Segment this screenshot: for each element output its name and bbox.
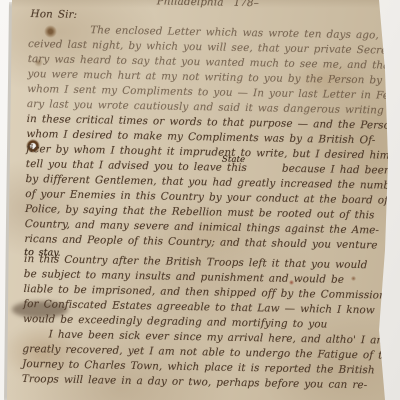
inserted-word: State xyxy=(222,153,246,168)
letter-paper: State Philadelphia 178–Hon Sir:The enclo… xyxy=(0,0,400,400)
letter-photo: State Philadelphia 178–Hon Sir:The enclo… xyxy=(0,0,400,400)
letter-body: State Philadelphia 178–Hon Sir:The enclo… xyxy=(22,0,377,393)
